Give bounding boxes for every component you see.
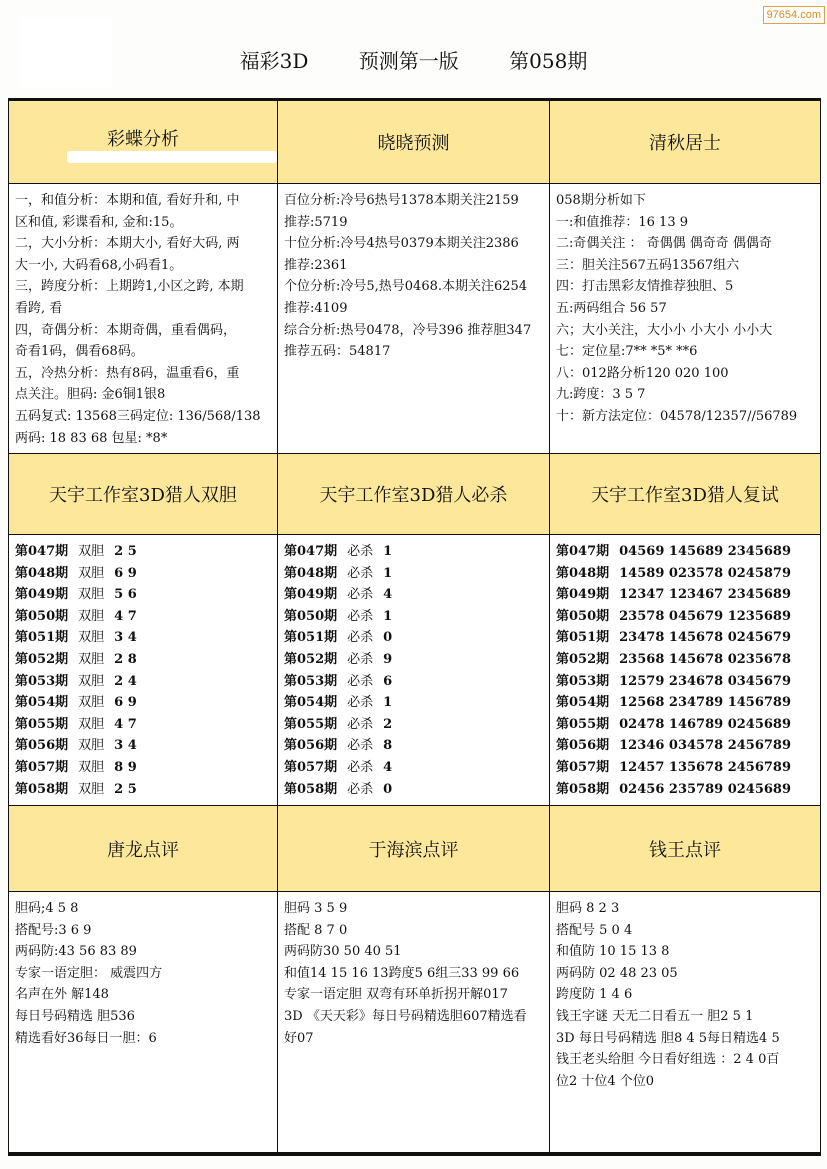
text-line: 两码防 02 48 23 05 — [556, 963, 816, 985]
pick-type: 必杀 — [347, 544, 373, 559]
period-label: 第056期 — [284, 738, 337, 753]
period-label: 第048期 — [284, 566, 337, 581]
text-line: 五，冷热分析：热有8码，温重看6，重 — [15, 363, 273, 385]
pick-type: 双胆 — [78, 544, 104, 559]
period-label: 第054期 — [15, 695, 68, 710]
section-header-fushi: 天宇工作室3D猎人复试 — [550, 454, 821, 535]
history-row: 第055期02478 146789 0245689 — [556, 714, 816, 736]
pick-value: 8 9 — [114, 760, 137, 775]
section-body-shuangdan: 第047期双胆2 5 第048期双胆6 9 第049期双胆5 6 第050期双胆… — [9, 535, 278, 806]
pick-value: 23478 145678 0245679 — [619, 630, 791, 645]
history-row: 第049期双胆5 6 — [15, 584, 273, 606]
pick-value: 04569 145689 2345689 — [619, 544, 791, 559]
pick-value: 1 — [383, 566, 392, 581]
history-row: 第047期必杀1 — [284, 541, 545, 563]
history-row: 第051期23478 145678 0245679 — [556, 627, 816, 649]
section-header-shuangdan: 天宇工作室3D猎人双胆 — [9, 454, 278, 535]
text-line: 百位分析:冷号6热号1378本期关注2159 — [284, 190, 545, 212]
pick-value: 12568 234789 1456789 — [619, 695, 791, 710]
period-label: 第057期 — [556, 760, 609, 775]
redaction-bar — [67, 151, 277, 163]
pick-type: 必杀 — [347, 760, 373, 775]
site-watermark: 97654.com — [763, 6, 825, 24]
history-row: 第047期双胆2 5 — [15, 541, 273, 563]
text-line: 二:奇偶关注 ： 奇偶偶 偶奇奇 偶偶奇 — [556, 233, 816, 255]
history-row: 第051期双胆3 4 — [15, 627, 273, 649]
pick-type: 双胆 — [78, 738, 104, 753]
pick-type: 双胆 — [78, 695, 104, 710]
history-row: 第050期23578 045679 1235689 — [556, 606, 816, 628]
history-row: 第056期必杀8 — [284, 735, 545, 757]
text-line: 九:跨度：3 5 7 — [556, 384, 816, 406]
pick-value: 02456 235789 0245689 — [619, 782, 791, 797]
section-body-tanglong: 胆码;4 5 8 搭配号:3 6 9 两码防:43 56 83 89 专家一语定… — [9, 892, 278, 1154]
text-line: 胆码 8 2 3 — [556, 898, 816, 920]
text-line: 3D 《天天彩》每日号码精选胆607精选看 — [284, 1006, 545, 1028]
text-line: 奇看1码，偶看68码。 — [15, 341, 273, 363]
content-row-3: 胆码;4 5 8 搭配号:3 6 9 两码防:43 56 83 89 专家一语定… — [9, 892, 821, 1154]
pick-value: 2 5 — [114, 544, 137, 559]
header-row-2: 天宇工作室3D猎人双胆 天宇工作室3D猎人必杀 天宇工作室3D猎人复试 — [9, 454, 821, 535]
pick-type: 双胆 — [78, 587, 104, 602]
period-label: 第053期 — [284, 674, 337, 689]
pick-value: 0 — [383, 630, 392, 645]
period-label: 第058期 — [284, 782, 337, 797]
section-title: 彩蝶分析 — [107, 129, 179, 150]
history-row: 第058期02456 235789 0245689 — [556, 779, 816, 801]
pick-type: 双胆 — [78, 652, 104, 667]
text-line: 胆码 3 5 9 — [284, 898, 545, 920]
pick-type: 必杀 — [347, 782, 373, 797]
pick-type: 双胆 — [78, 782, 104, 797]
section-body-qingqiu: 058期分析如下 一:和值推荐：16 13 9 二:奇偶关注 ： 奇偶偶 偶奇奇… — [550, 184, 821, 454]
text-line: 位2 十位4 个位0 — [556, 1071, 816, 1093]
text-line: 点关注。胆码: 金6铜1银8 — [15, 384, 273, 406]
section-body-xiaoxiao: 百位分析:冷号6热号1378本期关注2159 推荐:5719 十位分析:冷号4热… — [278, 184, 550, 454]
text-line: 十位分析:冷号4热号0379本期关注2386 — [284, 233, 545, 255]
title-period: 第058期 — [509, 45, 587, 74]
history-row: 第052期双胆2 8 — [15, 649, 273, 671]
text-line: 搭配 8 7 0 — [284, 920, 545, 942]
text-line: 一:和值推荐：16 13 9 — [556, 212, 816, 234]
title-edition: 预测第一版 — [359, 45, 459, 74]
section-body-caidie: 一，和值分析：本期和值, 看好升和, 中 区和值, 彩谍看和, 金和:15。 二… — [9, 184, 278, 454]
text-line: 推荐:5719 — [284, 212, 545, 234]
section-title: 钱王点评 — [649, 840, 721, 861]
content-row-2: 第047期双胆2 5 第048期双胆6 9 第049期双胆5 6 第050期双胆… — [9, 535, 821, 806]
section-header-bisha: 天宇工作室3D猎人必杀 — [278, 454, 550, 535]
history-row: 第047期04569 145689 2345689 — [556, 541, 816, 563]
text-line: 七：定位星:7** *5* **6 — [556, 341, 816, 363]
pick-value: 12346 034578 2456789 — [619, 738, 791, 753]
section-title: 清秋居士 — [649, 133, 721, 154]
text-line: 跨度防 1 4 6 — [556, 984, 816, 1006]
text-line: 3D 每日号码精选 胆8 4 5每日精选4 5 — [556, 1028, 816, 1050]
history-row: 第052期必杀9 — [284, 649, 545, 671]
text-line: 钱王老头给胆 今日看好组选 ：2 4 0百 — [556, 1049, 816, 1071]
period-label: 第052期 — [15, 652, 68, 667]
period-label: 第050期 — [556, 609, 609, 624]
text-line: 五:两码组合 56 57 — [556, 298, 816, 320]
page-title: 福彩3D 预测第一版 第058期 — [0, 45, 827, 74]
history-row: 第050期必杀1 — [284, 606, 545, 628]
period-label: 第053期 — [556, 674, 609, 689]
text-line: 两码防30 50 40 51 — [284, 941, 545, 963]
text-line: 精选看好36每日一胆：6 — [15, 1028, 273, 1050]
period-label: 第057期 — [284, 760, 337, 775]
header-row-3: 唐龙点评 于海滨点评 钱王点评 — [9, 806, 821, 892]
text-line: 四：打击黑彩友情推荐独胆、5 — [556, 276, 816, 298]
pick-value: 9 — [383, 652, 392, 667]
period-label: 第058期 — [15, 782, 68, 797]
history-row: 第054期双胆6 9 — [15, 692, 273, 714]
history-row: 第057期必杀4 — [284, 757, 545, 779]
period-label: 第049期 — [556, 587, 609, 602]
pick-value: 2 4 — [114, 674, 137, 689]
history-row: 第050期双胆4 7 — [15, 606, 273, 628]
period-label: 第048期 — [556, 566, 609, 581]
title-lottery-name: 福彩3D — [240, 45, 309, 74]
text-line: 推荐:4109 — [284, 298, 545, 320]
history-row: 第056期双胆3 4 — [15, 735, 273, 757]
section-title: 天宇工作室3D猎人必杀 — [320, 485, 508, 506]
history-row: 第053期12579 234678 0345679 — [556, 671, 816, 693]
section-header-xiaoxiao: 晓晓预测 — [278, 100, 550, 184]
period-label: 第058期 — [556, 782, 609, 797]
pick-type: 双胆 — [78, 566, 104, 581]
prediction-table: 彩蝶分析 晓晓预测 清秋居士 一，和值分析：本期和值, 看好升和, 中 区和值,… — [8, 98, 821, 1156]
period-label: 第057期 — [15, 760, 68, 775]
text-line: 好07 — [284, 1028, 545, 1050]
history-row: 第054期必杀1 — [284, 692, 545, 714]
text-line: 两码: 18 83 68 包星: *8* — [15, 428, 273, 450]
text-line: 综合分析:热号0478，冷号396 推荐胆347 — [284, 320, 545, 342]
period-label: 第047期 — [284, 544, 337, 559]
period-label: 第052期 — [284, 652, 337, 667]
pick-type: 必杀 — [347, 566, 373, 581]
history-row: 第057期12457 135678 2456789 — [556, 757, 816, 779]
text-line: 胆码;4 5 8 — [15, 898, 273, 920]
pick-type: 双胆 — [78, 609, 104, 624]
text-line: 专家一语定胆 双弯有环单折拐开解017 — [284, 984, 545, 1006]
period-label: 第055期 — [556, 717, 609, 732]
section-body-bisha: 第047期必杀1 第048期必杀1 第049期必杀4 第050期必杀1 第051… — [278, 535, 550, 806]
text-line: 八：012路分析120 020 100 — [556, 363, 816, 385]
text-line: 六；大小关注，大小小 小大小 小小大 — [556, 320, 816, 342]
period-label: 第056期 — [556, 738, 609, 753]
history-row: 第057期双胆8 9 — [15, 757, 273, 779]
section-header-qingqiu: 清秋居士 — [550, 100, 821, 184]
text-line: 推荐:2361 — [284, 255, 545, 277]
pick-value: 4 7 — [114, 717, 137, 732]
text-line: 三，跨度分析：上期跨1,小区之跨, 本期 — [15, 276, 273, 298]
section-title: 天宇工作室3D猎人双胆 — [49, 485, 237, 506]
pick-type: 必杀 — [347, 609, 373, 624]
history-row: 第053期双胆2 4 — [15, 671, 273, 693]
period-label: 第055期 — [15, 717, 68, 732]
period-label: 第050期 — [284, 609, 337, 624]
text-line: 十：新方法定位：04578/12357//56789 — [556, 406, 816, 428]
content-row-1: 一，和值分析：本期和值, 看好升和, 中 区和值, 彩谍看和, 金和:15。 二… — [9, 184, 821, 454]
period-label: 第050期 — [15, 609, 68, 624]
period-label: 第054期 — [284, 695, 337, 710]
section-body-yuhaibin: 胆码 3 5 9 搭配 8 7 0 两码防30 50 40 51 和值14 15… — [278, 892, 550, 1154]
pick-value: 6 9 — [114, 695, 137, 710]
history-row: 第048期14589 023578 0245879 — [556, 563, 816, 585]
history-row: 第051期必杀0 — [284, 627, 545, 649]
history-row: 第053期必杀6 — [284, 671, 545, 693]
period-label: 第049期 — [284, 587, 337, 602]
history-row: 第049期12347 123467 2345689 — [556, 584, 816, 606]
history-row: 第058期双胆2 5 — [15, 779, 273, 801]
history-row: 第056期12346 034578 2456789 — [556, 735, 816, 757]
pick-type: 必杀 — [347, 630, 373, 645]
section-body-qianwang: 胆码 8 2 3 搭配号 5 0 4 和值防 10 15 13 8 两码防 02… — [550, 892, 821, 1154]
pick-value: 12347 123467 2345689 — [619, 587, 791, 602]
section-title: 唐龙点评 — [107, 840, 179, 861]
text-line: 058期分析如下 — [556, 190, 816, 212]
text-fragment: 看跨, 看 — [15, 301, 62, 316]
pick-type: 双胆 — [78, 630, 104, 645]
text-line: 个位分析:冷号5,热号0468.本期关注6254 — [284, 276, 545, 298]
pick-value: 4 — [383, 587, 392, 602]
pick-value: 14589 023578 0245879 — [619, 566, 791, 581]
pick-value: 8 — [383, 738, 392, 753]
period-label: 第047期 — [556, 544, 609, 559]
section-body-fushi: 第047期04569 145689 2345689 第048期14589 023… — [550, 535, 821, 806]
period-label: 第047期 — [15, 544, 68, 559]
pick-value: 1 — [383, 544, 392, 559]
text-line: 和值防 10 15 13 8 — [556, 941, 816, 963]
pick-type: 必杀 — [347, 587, 373, 602]
pick-value: 1 — [383, 695, 392, 710]
text-line: 四，奇偶分析：本期奇偶，重看偶码， — [15, 320, 273, 342]
pick-value: 3 4 — [114, 738, 137, 753]
pick-value: 12579 234678 0345679 — [619, 674, 791, 689]
text-line: 五码复式: 13568三码定位: 136/568/138 — [15, 406, 273, 428]
section-title: 天宇工作室3D猎人复试 — [591, 485, 779, 506]
pick-value: 2 8 — [114, 652, 137, 667]
pick-value: 23578 045679 1235689 — [619, 609, 791, 624]
pick-value: 6 — [383, 674, 392, 689]
section-title: 于海滨点评 — [369, 840, 459, 861]
period-label: 第055期 — [284, 717, 337, 732]
pick-value: 23568 145678 0235678 — [619, 652, 791, 667]
history-row: 第055期双胆4 7 — [15, 714, 273, 736]
pick-type: 必杀 — [347, 695, 373, 710]
text-line: 每日号码精选 胆536 — [15, 1006, 273, 1028]
period-label: 第053期 — [15, 674, 68, 689]
text-line: 钱王字谜 天无二日看五一 胆2 5 1 — [556, 1006, 816, 1028]
section-header-caidie: 彩蝶分析 — [9, 100, 278, 184]
pick-value: 02478 146789 0245689 — [619, 717, 791, 732]
history-row: 第055期必杀2 — [284, 714, 545, 736]
text-line: 搭配号 5 0 4 — [556, 920, 816, 942]
section-header-qianwang: 钱王点评 — [550, 806, 821, 892]
pick-type: 必杀 — [347, 652, 373, 667]
history-row: 第052期23568 145678 0235678 — [556, 649, 816, 671]
text-line: 二，大小分析：本期大小, 看好大码, 两 — [15, 233, 273, 255]
pick-type: 必杀 — [347, 674, 373, 689]
history-row: 第058期必杀0 — [284, 779, 545, 801]
pick-value: 0 — [383, 782, 392, 797]
text-line: 区和值, 彩谍看和, 金和:15。 — [15, 212, 273, 234]
period-label: 第051期 — [284, 630, 337, 645]
period-label: 第051期 — [15, 630, 68, 645]
pick-value: 6 9 — [114, 566, 137, 581]
pick-type: 必杀 — [347, 717, 373, 732]
period-label: 第049期 — [15, 587, 68, 602]
history-row: 第048期双胆6 9 — [15, 563, 273, 585]
pick-value: 4 7 — [114, 609, 137, 624]
history-row: 第049期必杀4 — [284, 584, 545, 606]
period-label: 第054期 — [556, 695, 609, 710]
section-header-tanglong: 唐龙点评 — [9, 806, 278, 892]
period-label: 第052期 — [556, 652, 609, 667]
text-line: 和值14 15 16 13跨度5 6组三33 99 66 — [284, 963, 545, 985]
history-row: 第054期12568 234789 1456789 — [556, 692, 816, 714]
pick-value: 4 — [383, 760, 392, 775]
pick-value: 3 4 — [114, 630, 137, 645]
text-line: 三：胆关注567五码13567组六 — [556, 255, 816, 277]
text-line: 专家一语定胆： 威震四方 — [15, 963, 273, 985]
pick-type: 双胆 — [78, 674, 104, 689]
section-header-yuhaibin: 于海滨点评 — [278, 806, 550, 892]
text-line: 一，和值分析：本期和值, 看好升和, 中 — [15, 190, 273, 212]
text-line: 名声在外 解148 — [15, 984, 273, 1006]
text-line: 搭配号:3 6 9 — [15, 920, 273, 942]
text-line: 大一小, 大码看68,小码看1。 — [15, 255, 273, 277]
period-label: 第051期 — [556, 630, 609, 645]
period-label: 第056期 — [15, 738, 68, 753]
pick-type: 必杀 — [347, 738, 373, 753]
pick-value: 2 — [383, 717, 392, 732]
history-row: 第048期必杀1 — [284, 563, 545, 585]
text-line-partially-redacted: 看跨, 看 — [15, 298, 273, 320]
period-label: 第048期 — [15, 566, 68, 581]
pick-value: 2 5 — [114, 782, 137, 797]
text-line: 推荐五码：54817 — [284, 341, 545, 363]
header-row-1: 彩蝶分析 晓晓预测 清秋居士 — [9, 100, 821, 184]
section-title: 晓晓预测 — [378, 133, 450, 154]
pick-value: 12457 135678 2456789 — [619, 760, 791, 775]
pick-value: 1 — [383, 609, 392, 624]
pick-type: 双胆 — [78, 717, 104, 732]
redaction-bar — [64, 303, 234, 313]
pick-value: 5 6 — [114, 587, 137, 602]
pick-type: 双胆 — [78, 760, 104, 775]
text-line: 两码防:43 56 83 89 — [15, 941, 273, 963]
